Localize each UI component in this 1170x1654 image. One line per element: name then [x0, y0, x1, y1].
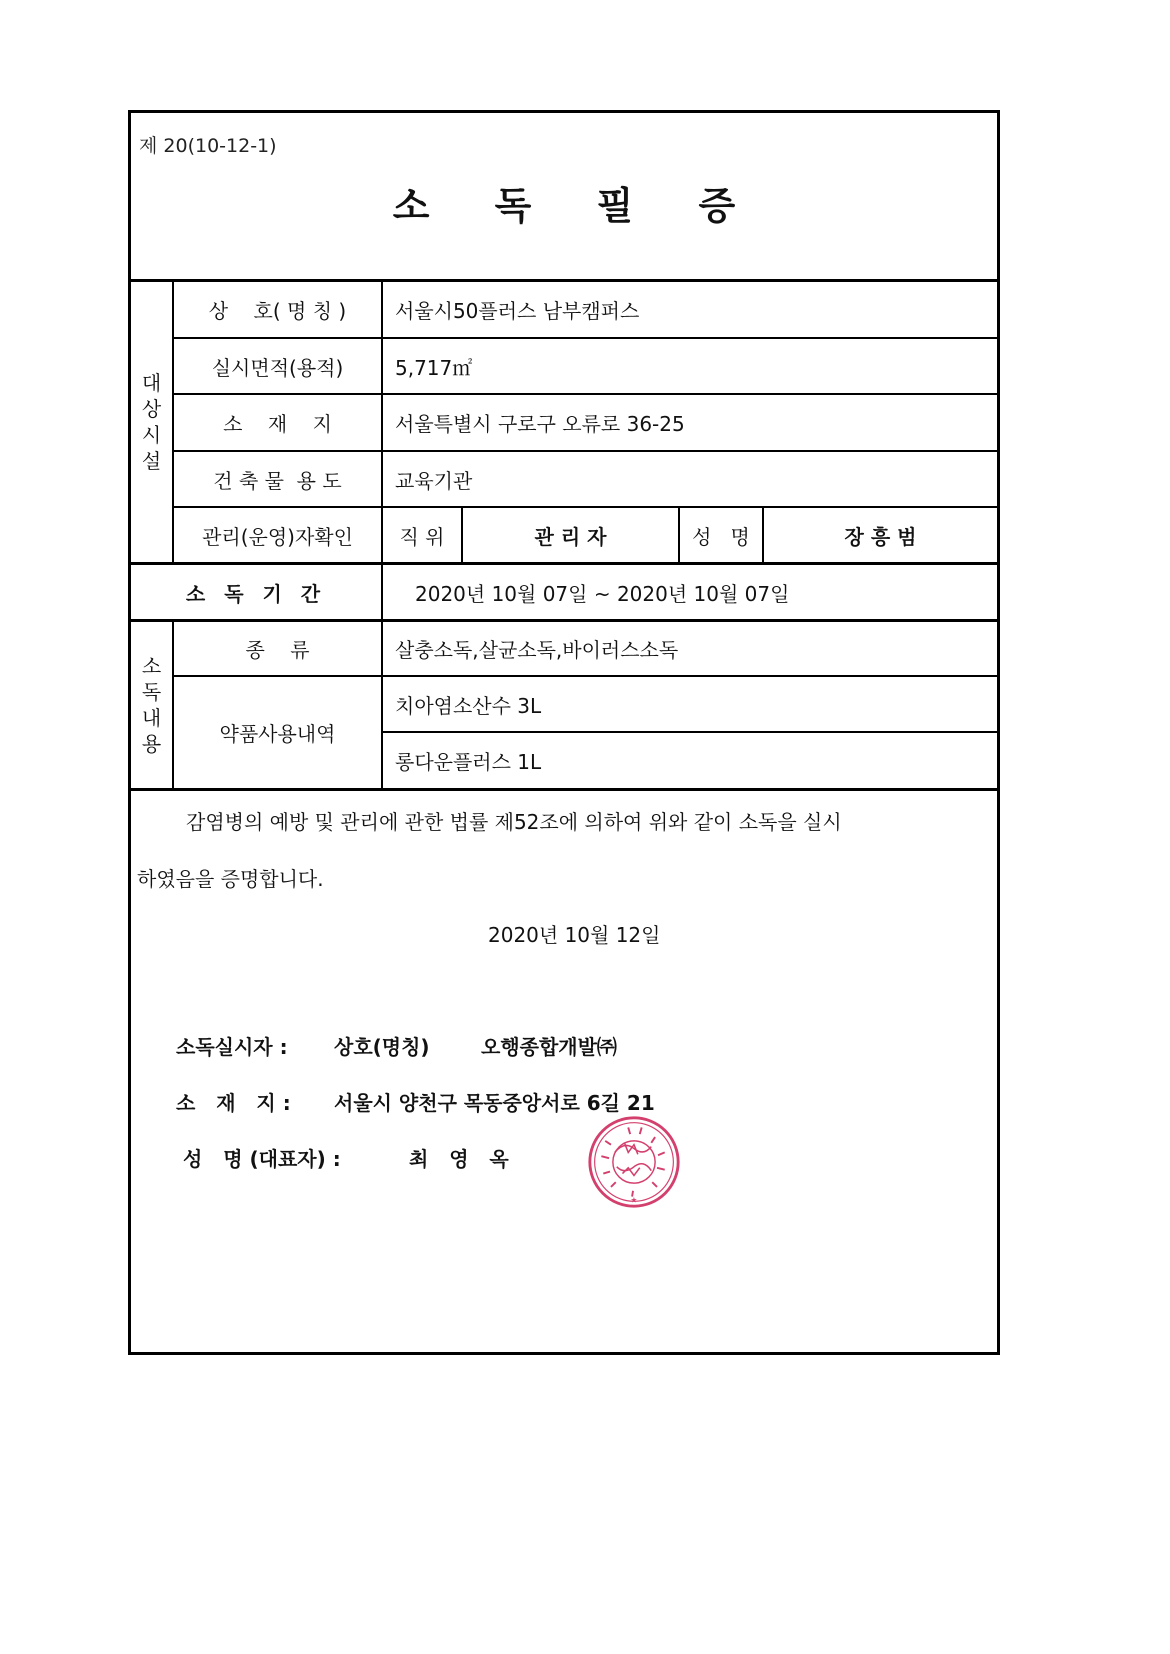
certification-line-2: 하였음을 증명합니다.	[137, 863, 324, 892]
group-char: 소	[142, 653, 161, 679]
certification-line-1: 감염병의 예방 및 관리에 관한 법률 제52조에 의하여 위와 같이 소독을 …	[186, 806, 842, 835]
manager-label: 관리(운영)자확인	[174, 508, 381, 562]
provider-address-label: 소 재 지 :	[176, 1087, 334, 1116]
type-label: 종 류	[174, 621, 381, 675]
provider-rep-row: 성 명 (대표자) :최 영 옥	[183, 1143, 509, 1172]
chemical-item: 롱다운플러스 1L	[383, 733, 997, 788]
group-char: 내	[142, 705, 161, 731]
business-name-value: 서울시50플러스 남부캠퍼스	[383, 281, 997, 337]
name-label: 성 명	[680, 508, 762, 562]
provider-company-value: 오행종합개발㈜	[481, 1035, 617, 1059]
disinfection-group-label: 소 독 내 용	[131, 621, 172, 788]
divider	[131, 788, 997, 791]
chemicals-label: 약품사용내역	[174, 677, 381, 788]
company-seal-icon: ★	[586, 1114, 682, 1210]
issue-date: 2020년 10월 12일	[488, 919, 660, 948]
group-char: 시	[142, 422, 161, 448]
area-value: 5,717㎡	[383, 339, 997, 393]
location-label: 소 재 지	[174, 395, 381, 450]
provider-sub-label: 상호(명칭)	[334, 1031, 481, 1060]
period-value: 2020년 10월 07일 ~ 2020년 10월 07일	[383, 565, 997, 619]
provider-rep-value: 최 영 옥	[409, 1147, 509, 1171]
building-use-value: 교육기관	[383, 452, 997, 506]
chemical-item: 치아염소산수 3L	[383, 677, 997, 731]
position-value: 관 리 자	[463, 508, 678, 562]
building-use-label: 건 축 물 용 도	[174, 452, 381, 506]
provider-address-value: 서울시 양천구 목동중앙서로 6길 21	[334, 1091, 655, 1115]
svg-text:★: ★	[631, 1195, 638, 1204]
location-value: 서울특별시 구로구 오류로 36-25	[383, 395, 997, 450]
provider-address-row: 소 재 지 :서울시 양천구 목동중앙서로 6길 21	[176, 1087, 655, 1116]
certificate-frame: 제 20(10-12-1) 소 독 필 증 대 상 시 설 상 호( 명 칭 )…	[128, 110, 1000, 1355]
position-label: 직 위	[383, 508, 461, 562]
group-char: 대	[142, 370, 161, 396]
business-name-label: 상 호( 명 칭 )	[174, 281, 381, 337]
group-char: 독	[142, 679, 161, 705]
provider-label: 소독실시자 :	[176, 1031, 334, 1060]
name-value: 장 흥 범	[764, 508, 997, 562]
period-label: 소 독 기 간	[131, 565, 381, 619]
type-value: 살충소독,살균소독,바이러스소독	[383, 621, 997, 675]
provider-rep-label: 성 명 (대표자) :	[183, 1143, 409, 1172]
area-label: 실시면적(용적)	[174, 339, 381, 393]
group-char: 상	[142, 396, 161, 422]
document-title: 소 독 필 증	[131, 175, 997, 230]
document-number: 제 20(10-12-1)	[139, 131, 277, 158]
provider-company-row: 소독실시자 :상호(명칭)오행종합개발㈜	[176, 1031, 617, 1060]
group-char: 용	[142, 731, 161, 757]
facility-group-label: 대 상 시 설	[131, 281, 172, 562]
group-char: 설	[142, 448, 161, 474]
